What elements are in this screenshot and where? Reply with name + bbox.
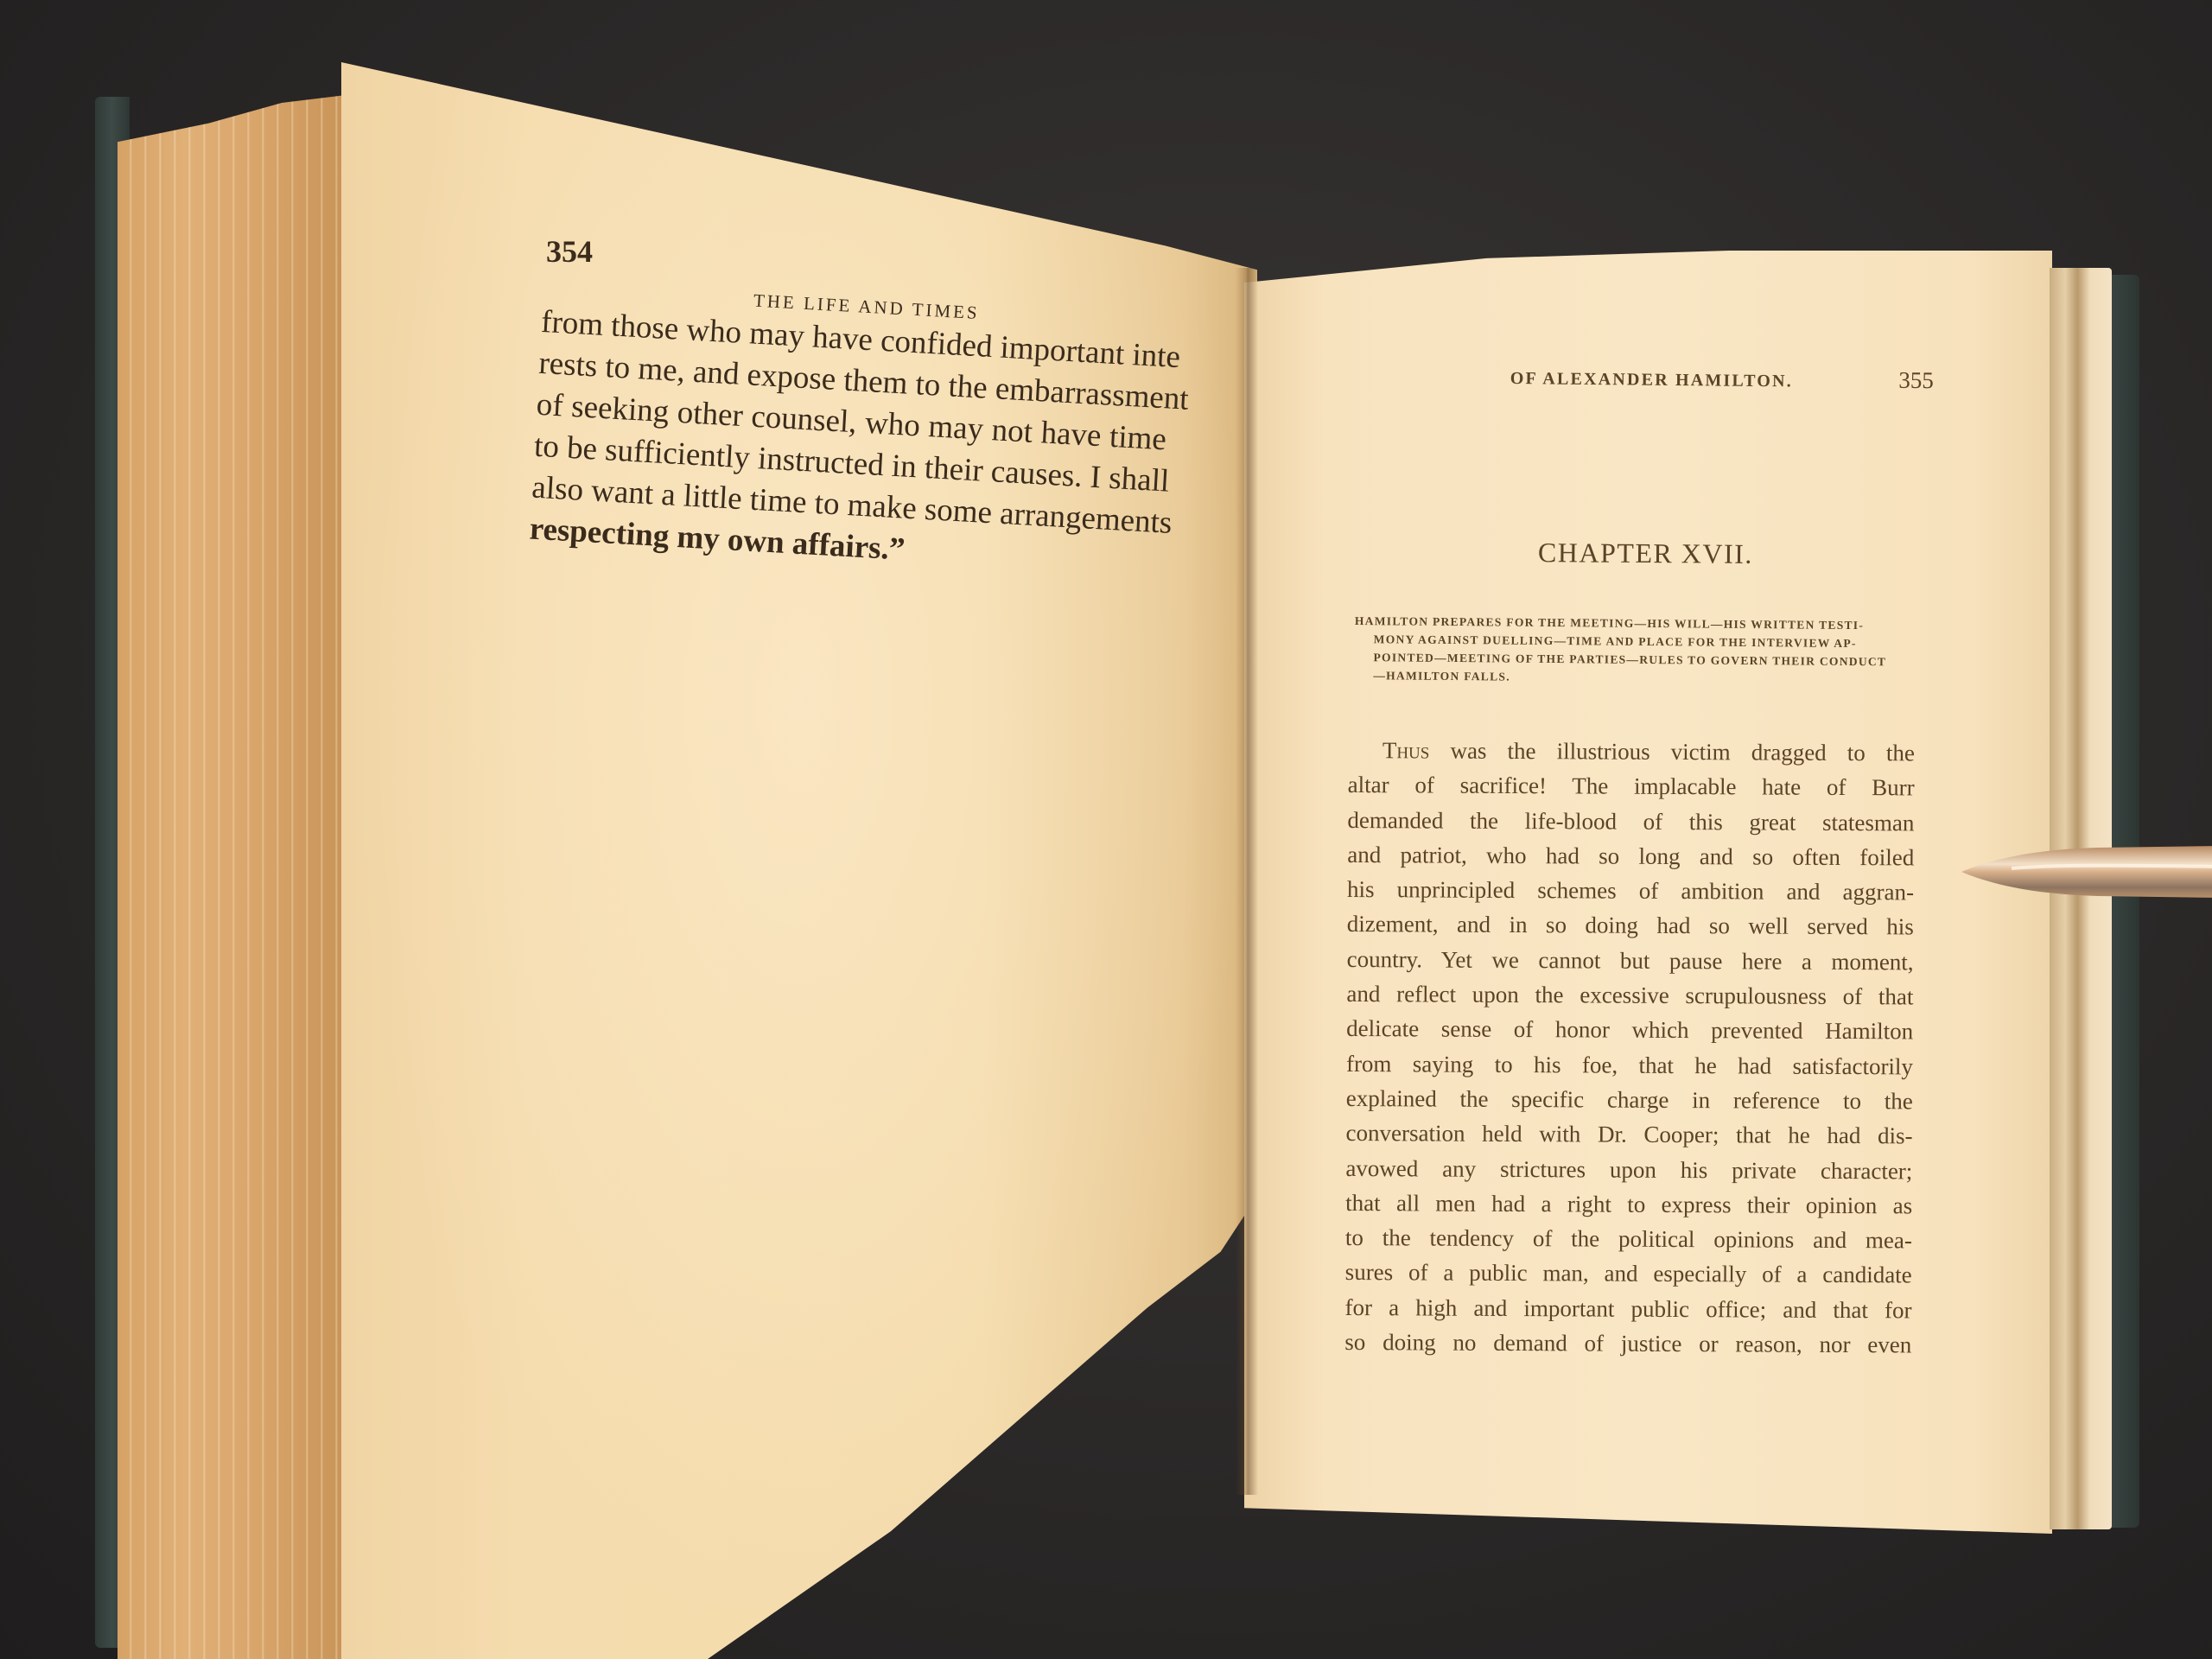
left-page-text: 354 THE LIFE AND TIMES from those who ma…: [529, 233, 1176, 585]
right-page-body: Thus was the illustrious victim dragged …: [1344, 733, 1915, 1363]
right-page-header: OF ALEXANDER HAMILTON. 355: [1510, 363, 1934, 394]
text-line: from saying to his foe, that he had sati…: [1346, 1046, 1913, 1084]
left-page-number: 354: [546, 233, 1177, 270]
text-line: that all men had a right to express thei…: [1345, 1185, 1912, 1224]
text-line: dizement, and in so doing had so well se…: [1347, 906, 1914, 944]
text-line: Thus was the illustrious victim dragged …: [1348, 733, 1915, 771]
pen-icon: [1960, 842, 2212, 903]
text-line: and patriot, who had so long and so ofte…: [1347, 837, 1914, 875]
left-page-body: from those who may have confided importa…: [529, 302, 1173, 585]
text-line: his unprincipled schemes of ambition and…: [1347, 872, 1914, 910]
text-line: conversation held with Dr. Cooper; that …: [1345, 1116, 1912, 1154]
right-page-number: 355: [1898, 367, 1934, 394]
book-gutter: [1236, 268, 1258, 1495]
text-line: to the tendency of the political opinion…: [1345, 1220, 1912, 1258]
chapter-summary: HAMILTON PREPARES FOR THE MEETING—HIS WI…: [1354, 612, 1925, 690]
text-line: altar of sacrifice! The implacable hate …: [1348, 767, 1915, 805]
text-line: avowed any strictures upon his private c…: [1345, 1151, 1912, 1189]
drop-word: Thus: [1382, 737, 1430, 763]
text-line: for a high and important public office; …: [1344, 1290, 1911, 1328]
text-line: explained the specific charge in referen…: [1346, 1081, 1913, 1119]
text-line: country. Yet we cannot but pause here a …: [1347, 942, 1914, 980]
text-line: so doing no demand of justice or reason,…: [1344, 1325, 1911, 1363]
text-line: delicate sense of honor which prevented …: [1346, 1011, 1913, 1049]
right-running-head: OF ALEXANDER HAMILTON.: [1510, 369, 1793, 391]
left-fore-edge: [118, 95, 346, 1659]
chapter-title: CHAPTER XVII.: [1538, 537, 1753, 570]
text-line: demanded the life-blood of this great st…: [1347, 803, 1914, 841]
text-line: sures of a public man, and especially of…: [1345, 1255, 1912, 1293]
text-line: and reflect upon the excessive scrupulou…: [1346, 976, 1913, 1014]
